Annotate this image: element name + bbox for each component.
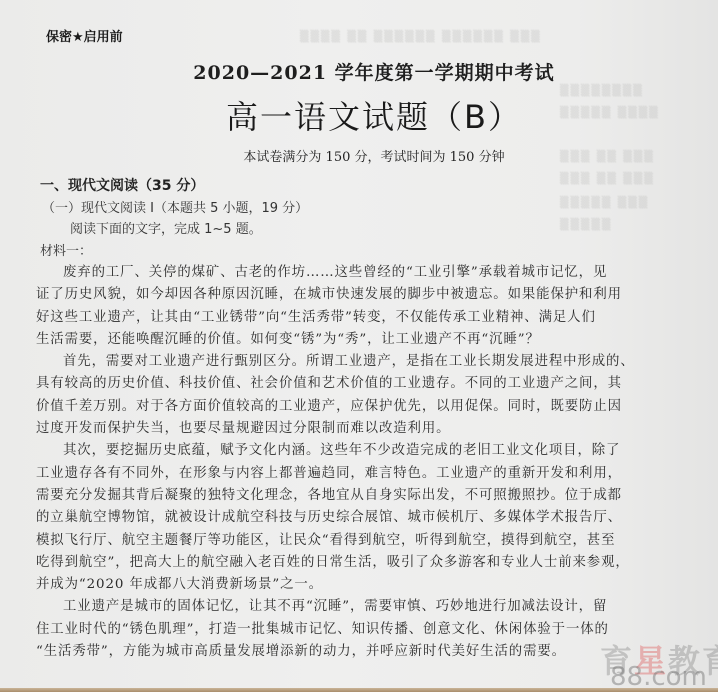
passage-line: 其次，要挖掘历史底蕴，赋予文化内涵。这些年不少改造完成的老旧工业文化项目，除了: [36, 440, 682, 462]
exam-info: 本试卷满分为 150 分，考试时间为 150 分钟: [0, 146, 718, 165]
exam-page: ▒▒▒▒ ▒▒ ▒▒▒▒▒▒ ▒▒▒▒▒▒ ▒▒▒ ▒▒▒▒▒▒▒▒ ▒▒▒▒▒…: [0, 0, 718, 692]
subject-title: 高一语文试题（B）: [0, 92, 718, 138]
exam-title: 2020—2021 学年度第一学期期中考试: [0, 58, 718, 85]
passage-line: “生活秀带”，方能为城市高质量发展增添新的动力，并呼应新时代美好生活的需要。: [36, 641, 682, 663]
table-edge-strip: [0, 688, 718, 692]
passage-line: 具有较高的历史价值、科技价值、社会价值和艺术价值的工业遗存。不同的工业遗产之间，…: [36, 373, 682, 395]
passage-line: 工业遗产是城市的固体记忆，让其不再“沉睡”，需要审慎、巧妙地进行加减法设计，留: [36, 596, 682, 618]
passage-line: 过度开发而保护失当，也要尽量规避因过分限制而难以改造利用。: [36, 418, 682, 440]
passage-body: 废弃的工厂、关停的煤矿、古老的作坊……这些曾经的“工业引擎”承载着城市记忆，见 …: [36, 262, 682, 663]
passage-line: 首先，需要对工业遗产进行甄别区分。所谓工业遗产，是指在工业长期发展进程中形成的、: [36, 351, 682, 373]
passage-line: 的立巢航空博物馆，就被设计成航空科技与历史综合展馆、城市候机厅、多媒体学术报告厅…: [36, 507, 682, 529]
passage-line: 工业遗存各有不同外，在形象与内容上都普遍趋同，难言特色。工业遗产的重新开发和利用…: [36, 463, 682, 485]
passage-line: 住工业时代的“锈色肌理”，打造一批集城市记忆、知识传播、创意文化、休闲体验于一体…: [36, 619, 682, 641]
bleed-through-text: ▒▒▒▒▒: [560, 218, 612, 231]
subsection-heading: （一）现代文阅读 I（本题共 5 小题，19 分）: [42, 197, 308, 216]
passage-line: 证了历史风貌，如今却因各种原因沉睡，在城市快速发展的脚步中被遗忘。如果能保护和利…: [36, 284, 682, 306]
confidential-label: 保密★启用前: [46, 26, 123, 45]
reading-instruction: 阅读下面的文字，完成 1~5 题。: [70, 218, 262, 237]
passage-line: 吃得到航空”，把高大上的航空融入老百姓的日常生活，吸引了众多游客和专业人士前来参…: [36, 552, 682, 574]
passage-line: 废弃的工厂、关停的煤矿、古老的作坊……这些曾经的“工业引擎”承载着城市记忆，见: [36, 262, 682, 284]
passage-line: 生活需要，还能唤醒沉睡的价值。如何变“锈”为“秀”，让工业遗产不再“沉睡”？: [36, 329, 682, 351]
passage-line: 需要充分发掘其背后凝聚的独特文化理念，各地宜从自身实际出发，不可照搬照抄。位于成…: [36, 485, 682, 507]
material-label: 材料一：: [40, 240, 92, 259]
bleed-through-text: ▒▒▒▒ ▒▒ ▒▒▒▒▒▒ ▒▒▒▒▒▒ ▒▒▒: [300, 30, 542, 43]
passage-line: 好这些工业遗产，让其由“工业锈带”向“生活秀带”转变，不仅能传承工业精神、满足人…: [36, 307, 682, 329]
bleed-through-text: ▒▒▒ ▒▒ ▒▒▒: [560, 172, 655, 185]
bleed-through-text: ▒▒▒▒▒ ▒▒▒: [560, 196, 649, 209]
section-heading: 一、现代文阅读（35 分）: [40, 175, 204, 195]
passage-line: 模拟飞行厅、航空主题餐厅等功能区，让民众“看得到航空，听得到航空，摸得到航空，甚…: [36, 530, 682, 552]
passage-line: 并成为“2020 年成都八大消费新场景”之一。: [36, 574, 682, 596]
passage-line: 价值千差万别。对于各方面价值较高的工业遗产，应保护优先，以用促保。同时，既要防止…: [36, 396, 682, 418]
